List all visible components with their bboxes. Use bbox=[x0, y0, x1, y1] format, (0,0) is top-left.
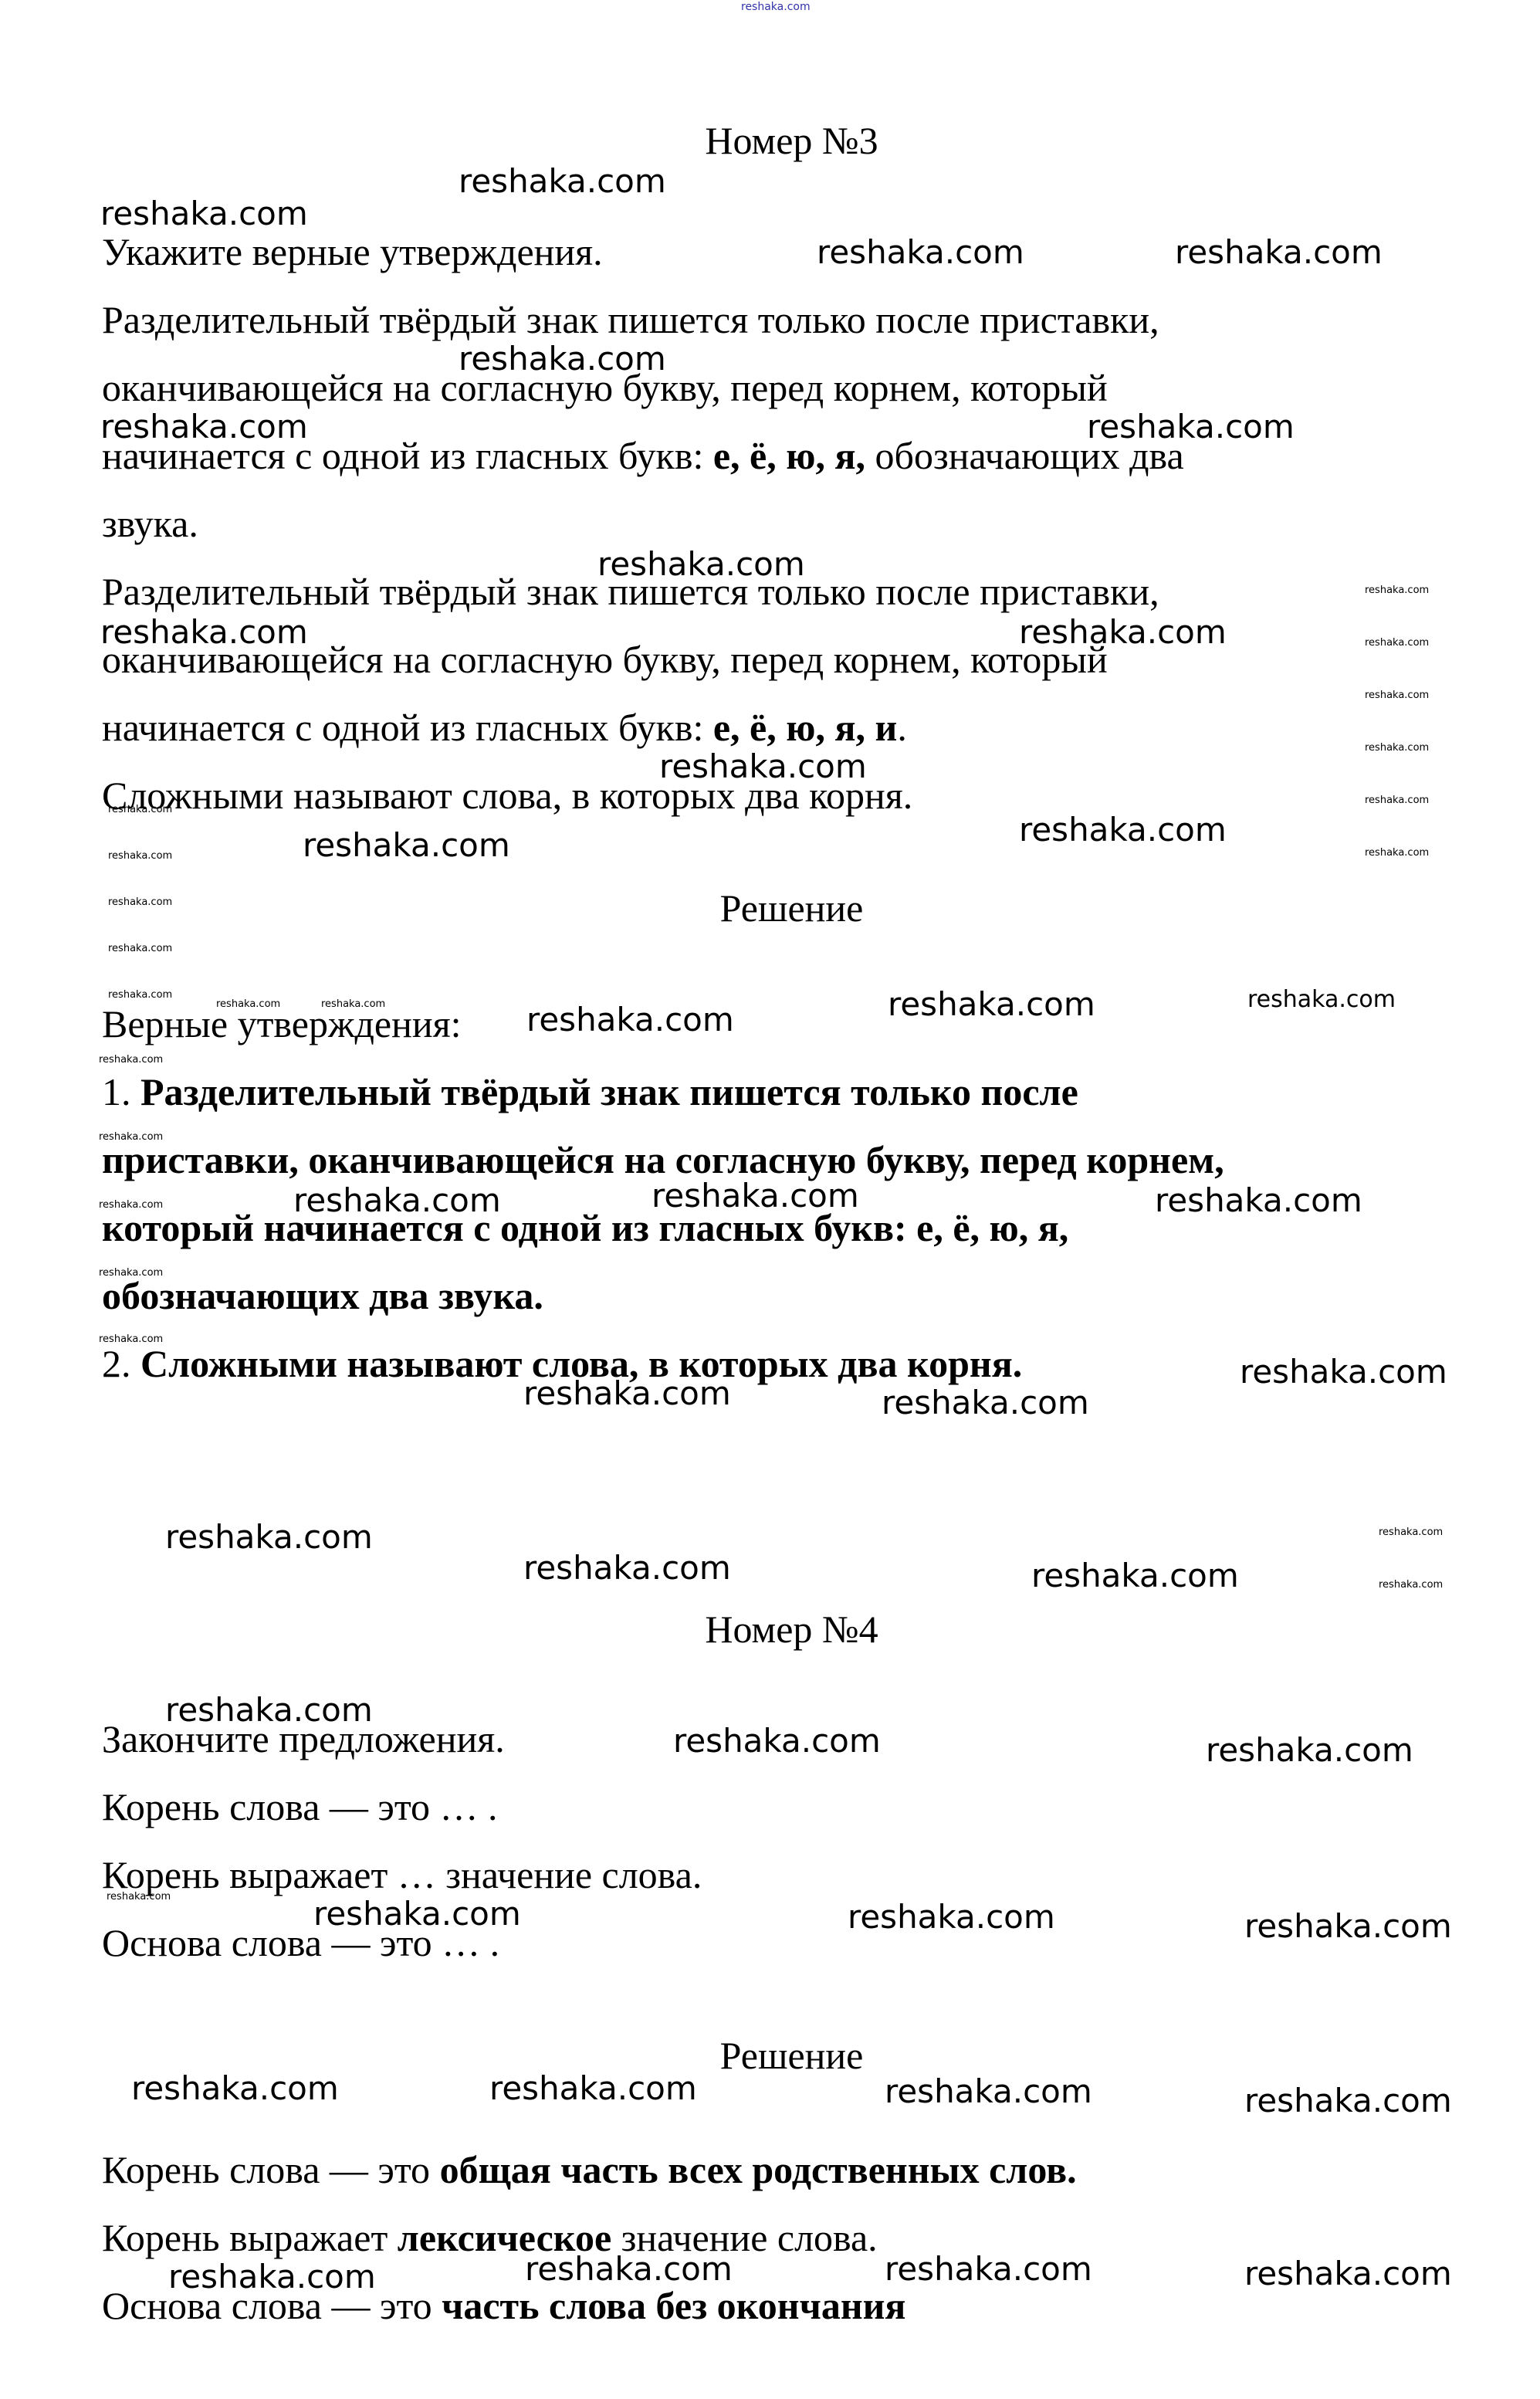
task4-answer-1: Корень слова — это общая часть всех родс… bbox=[102, 2147, 1077, 2193]
text: звука. bbox=[102, 502, 198, 545]
bold-text: е, ё, ю, я, и bbox=[713, 706, 897, 749]
watermark: reshaka.com bbox=[100, 616, 308, 649]
watermark: reshaka.com bbox=[1175, 236, 1383, 269]
watermark: reshaka.com bbox=[659, 751, 867, 783]
bold-text: обозначающих два звука. bbox=[102, 1274, 543, 1317]
watermark: reshaka.com bbox=[216, 999, 280, 1009]
watermark: reshaka.com bbox=[1206, 1734, 1413, 1767]
watermark: reshaka.com bbox=[885, 2253, 1092, 2285]
task4-question-1: Корень слова — это … . bbox=[102, 1784, 498, 1830]
watermark: reshaka.com bbox=[108, 897, 172, 907]
watermark: reshaka.com bbox=[99, 1132, 163, 1142]
watermark: reshaka.com bbox=[303, 829, 510, 862]
watermark: reshaka.com bbox=[1365, 848, 1429, 858]
watermark: reshaka.com bbox=[523, 1552, 731, 1584]
watermark: reshaka.com bbox=[1240, 1356, 1447, 1388]
bold-text: Разделительный твёрдый знак пишется толь… bbox=[140, 1070, 1078, 1113]
task3-solution-intro: Верные утверждения: bbox=[102, 1001, 462, 1047]
watermark: reshaka.com bbox=[597, 548, 805, 581]
watermark: reshaka.com bbox=[1155, 1184, 1362, 1217]
watermark: reshaka.com bbox=[1365, 585, 1429, 595]
watermark: reshaka.com bbox=[321, 999, 385, 1009]
watermark: reshaka.com bbox=[1365, 638, 1429, 648]
watermark: reshaka.com bbox=[525, 2253, 733, 2285]
watermark: reshaka.com bbox=[165, 1694, 373, 1726]
watermark: reshaka.com bbox=[1244, 1910, 1452, 1943]
bold-text: часть слова без окончания bbox=[442, 2284, 905, 2327]
watermark: reshaka.com bbox=[1244, 2258, 1452, 2290]
answer-line: который начинается с одной из гласных бу… bbox=[102, 1205, 1068, 1251]
answer-line: обозначающих два звука. bbox=[102, 1272, 543, 1319]
task4-question-2: Корень выражает … значение слова. bbox=[102, 1852, 702, 1898]
watermark: reshaka.com bbox=[1019, 616, 1227, 649]
watermark: reshaka.com bbox=[99, 1268, 163, 1278]
watermark: reshaka.com bbox=[848, 1901, 1055, 1933]
bold-text: который начинается с одной из гласных бу… bbox=[102, 1206, 1068, 1249]
document-page: reshaka.com Номер №3 Укажите верные утве… bbox=[0, 0, 1540, 2399]
text: Корень выражает bbox=[102, 2216, 398, 2259]
watermark: reshaka.com bbox=[673, 1725, 881, 1757]
watermark: reshaka.com bbox=[1031, 1560, 1239, 1592]
watermark: reshaka.com bbox=[293, 1184, 501, 1217]
text: 2. bbox=[102, 1342, 140, 1385]
task4-answer-2: Корень выражает лексическое значение сло… bbox=[102, 2214, 878, 2261]
task4-title: Номер №4 bbox=[0, 1606, 1540, 1652]
watermark: reshaka.com bbox=[131, 2072, 339, 2105]
bold-text: е, ё, ю, я, bbox=[713, 434, 865, 477]
watermark: reshaka.com bbox=[99, 1334, 163, 1344]
watermark: reshaka.com bbox=[459, 165, 666, 198]
watermark: reshaka.com bbox=[1247, 988, 1396, 1011]
watermark: reshaka.com bbox=[107, 1892, 171, 1902]
watermark: reshaka.com bbox=[882, 1387, 1089, 1419]
task3-solution-title: Решение bbox=[0, 885, 1540, 931]
watermark: reshaka.com bbox=[108, 851, 172, 861]
watermark: reshaka.com bbox=[168, 2261, 376, 2293]
watermark: reshaka.com bbox=[885, 2075, 1092, 2108]
watermark: reshaka.com bbox=[1244, 2085, 1452, 2117]
watermark: reshaka.com bbox=[459, 343, 666, 375]
watermark: reshaka.com bbox=[99, 1200, 163, 1210]
text: . bbox=[897, 706, 907, 749]
watermark: reshaka.com bbox=[100, 411, 308, 443]
watermark: reshaka.com bbox=[526, 1004, 734, 1036]
watermark: reshaka.com bbox=[817, 236, 1024, 269]
watermark: reshaka.com bbox=[99, 1055, 163, 1065]
text: 1. bbox=[102, 1070, 140, 1113]
top-watermark: reshaka.com bbox=[741, 2, 811, 12]
watermark: reshaka.com bbox=[523, 1377, 731, 1410]
watermark: reshaka.com bbox=[108, 805, 172, 815]
task3-prompt: Укажите верные утверждения. bbox=[102, 229, 603, 275]
watermark: reshaka.com bbox=[313, 1898, 521, 1930]
text: начинается с одной из гласных букв: bbox=[102, 706, 713, 749]
watermark: reshaka.com bbox=[489, 2072, 697, 2105]
watermark: reshaka.com bbox=[652, 1180, 859, 1212]
statement-line: звука. bbox=[102, 500, 198, 547]
task3-title: Номер №3 bbox=[0, 117, 1540, 164]
watermark: reshaka.com bbox=[888, 988, 1095, 1021]
watermark: reshaka.com bbox=[100, 198, 308, 230]
bold-text: общая часть всех родственных слов. bbox=[440, 2148, 1077, 2191]
watermark: reshaka.com bbox=[165, 1521, 373, 1554]
watermark: reshaka.com bbox=[1365, 743, 1429, 753]
answer-line: 1. Разделительный твёрдый знак пишется т… bbox=[102, 1069, 1078, 1115]
watermark: reshaka.com bbox=[1365, 690, 1429, 700]
watermark: reshaka.com bbox=[1379, 1527, 1443, 1537]
text: Разделительный твёрдый знак пишется толь… bbox=[102, 298, 1159, 341]
statement-line: Разделительный твёрдый знак пишется толь… bbox=[102, 296, 1159, 343]
watermark: reshaka.com bbox=[1379, 1580, 1443, 1590]
statement-line: начинается с одной из гласных букв: е, ё… bbox=[102, 704, 907, 751]
bold-text: приставки, оканчивающейся на согласную б… bbox=[102, 1138, 1224, 1181]
watermark: reshaka.com bbox=[108, 944, 172, 954]
watermark: reshaka.com bbox=[108, 990, 172, 1000]
answer-line: приставки, оканчивающейся на согласную б… bbox=[102, 1137, 1224, 1183]
watermark: reshaka.com bbox=[1019, 814, 1227, 846]
watermark: reshaka.com bbox=[1365, 795, 1429, 805]
text: Корень слова — это bbox=[102, 2148, 440, 2191]
watermark: reshaka.com bbox=[1087, 411, 1295, 443]
